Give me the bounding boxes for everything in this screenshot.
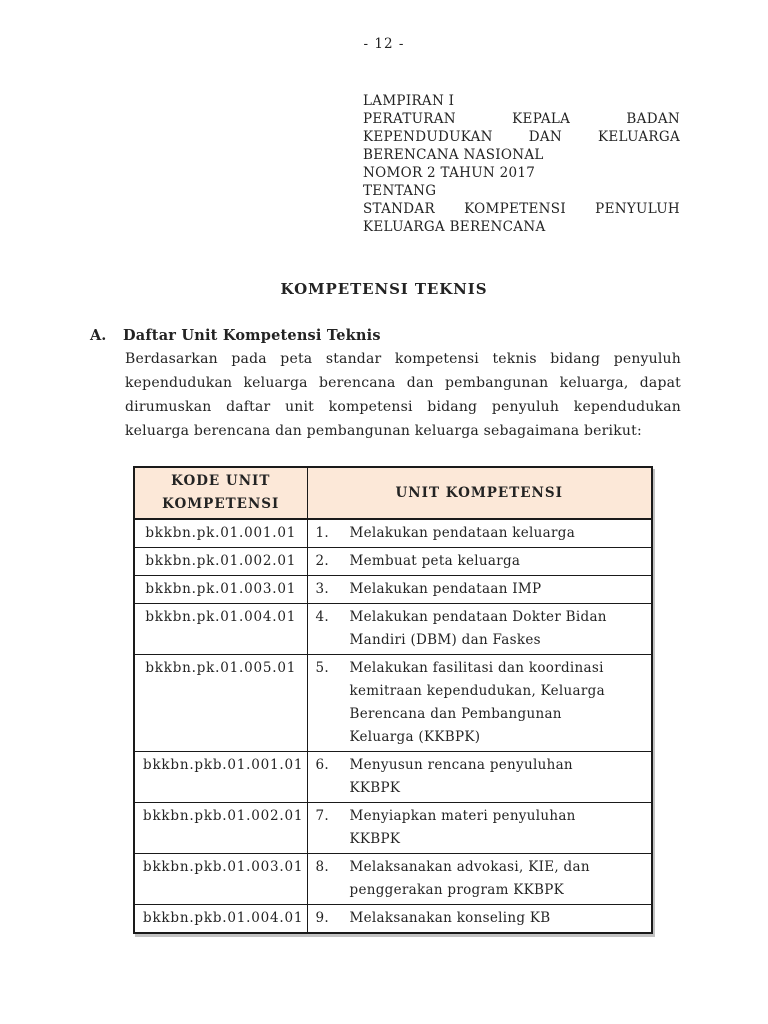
document-page: { "page": { "number_label": "- 12 -" }, … bbox=[0, 0, 768, 1024]
row-number: 4. bbox=[316, 606, 350, 629]
unit-line: KKBPK bbox=[350, 777, 644, 800]
unit-cell: 2. Membuat peta keluarga bbox=[307, 548, 652, 576]
kode-cell: bkkbn.pk.01.005.01 bbox=[134, 655, 307, 752]
lampiran-line: LAMPIRAN I bbox=[363, 92, 680, 110]
unit-cell: 9. Melaksanakan konseling KB bbox=[307, 905, 652, 934]
table-row: bkkbn.pkb.01.001.01 6. Menyusun rencana … bbox=[134, 752, 652, 803]
col-header-kode-unit: KODE UNIT KOMPETENSI bbox=[134, 467, 307, 519]
kode-cell: bkkbn.pk.01.004.01 bbox=[134, 604, 307, 655]
lampiran-line: BERENCANA NASIONAL bbox=[363, 146, 680, 164]
kode-cell: bkkbn.pkb.01.003.01 bbox=[134, 854, 307, 905]
col-header-unit-kompetensi: UNIT KOMPETENSI bbox=[307, 467, 652, 519]
row-number: 3. bbox=[316, 578, 350, 601]
lampiran-header-block: LAMPIRAN I PERATURAN KEPALA BADAN KEPEND… bbox=[363, 92, 680, 236]
row-number: 2. bbox=[316, 550, 350, 573]
kode-cell: bkkbn.pkb.01.002.01 bbox=[134, 803, 307, 854]
unit-line: Menyusun rencana penyuluhan bbox=[350, 754, 644, 777]
table-header-row: KODE UNIT KOMPETENSI UNIT KOMPETENSI bbox=[134, 467, 652, 519]
unit-cell: 4. Melakukan pendataan Dokter Bidan Mand… bbox=[307, 604, 652, 655]
unit-cell: 5. Melakukan fasilitasi dan koordinasi k… bbox=[307, 655, 652, 752]
kode-cell: bkkbn.pk.01.001.01 bbox=[134, 519, 307, 548]
paragraph-line: Berdasarkan pada peta standar kompetensi… bbox=[125, 347, 681, 371]
row-number: 5. bbox=[316, 657, 350, 680]
unit-cell: 1. Melakukan pendataan keluarga bbox=[307, 519, 652, 548]
unit-cell: 6. Menyusun rencana penyuluhan KKBPK bbox=[307, 752, 652, 803]
table-row: bkkbn.pkb.01.003.01 8. Melaksanakan advo… bbox=[134, 854, 652, 905]
row-number: 8. bbox=[316, 856, 350, 879]
unit-cell: 7. Menyiapkan materi penyuluhan KKBPK bbox=[307, 803, 652, 854]
unit-cell: 3. Melakukan pendataan IMP bbox=[307, 576, 652, 604]
unit-line: penggerakan program KKBPK bbox=[350, 879, 644, 902]
table-row: bkkbn.pk.01.002.01 2. Membuat peta kelua… bbox=[134, 548, 652, 576]
unit-line: Berencana dan Pembangunan bbox=[350, 703, 644, 726]
table-row: bkkbn.pkb.01.004.01 9. Melaksanakan kons… bbox=[134, 905, 652, 934]
unit-line: kemitraan kependudukan, Keluarga bbox=[350, 680, 644, 703]
table-row: bkkbn.pk.01.004.01 4. Melakukan pendataa… bbox=[134, 604, 652, 655]
kode-cell: bkkbn.pkb.01.001.01 bbox=[134, 752, 307, 803]
paragraph-line: kependudukan keluarga berencana dan pemb… bbox=[125, 371, 681, 395]
document-title: KOMPETENSI TEKNIS bbox=[0, 280, 768, 298]
unit-line: Melakukan pendataan Dokter Bidan bbox=[350, 606, 644, 629]
lampiran-line: PERATURAN KEPALA BADAN bbox=[363, 110, 680, 128]
unit-line: Mandiri (DBM) dan Faskes bbox=[350, 629, 644, 652]
page-number: - 12 - bbox=[0, 36, 768, 52]
paragraph-line: dirumuskan daftar unit kompetensi bidang… bbox=[125, 395, 681, 419]
unit-line: Menyiapkan materi penyuluhan bbox=[350, 805, 644, 828]
table-row: bkkbn.pk.01.001.01 1. Melakukan pendataa… bbox=[134, 519, 652, 548]
table-row: bkkbn.pkb.01.002.01 7. Menyiapkan materi… bbox=[134, 803, 652, 854]
lampiran-line: KEPENDUDUKAN DAN KELUARGA bbox=[363, 128, 680, 146]
table-row: bkkbn.pk.01.003.01 3. Melakukan pendataa… bbox=[134, 576, 652, 604]
kode-cell: bkkbn.pk.01.002.01 bbox=[134, 548, 307, 576]
intro-paragraph: Berdasarkan pada peta standar kompetensi… bbox=[125, 347, 681, 443]
row-number: 6. bbox=[316, 754, 350, 777]
kompetensi-table: KODE UNIT KOMPETENSI UNIT KOMPETENSI bkk… bbox=[133, 466, 653, 934]
row-number: 9. bbox=[316, 907, 350, 930]
unit-line: Melaksanakan advokasi, KIE, dan bbox=[350, 856, 644, 879]
kode-cell: bkkbn.pkb.01.004.01 bbox=[134, 905, 307, 934]
unit-cell: 8. Melaksanakan advokasi, KIE, dan pengg… bbox=[307, 854, 652, 905]
unit-line: KKBPK bbox=[350, 828, 644, 851]
lampiran-line: NOMOR 2 TAHUN 2017 bbox=[363, 164, 680, 182]
unit-line: Membuat peta keluarga bbox=[350, 550, 644, 573]
table-row: bkkbn.pk.01.005.01 5. Melakukan fasilita… bbox=[134, 655, 652, 752]
paragraph-line: keluarga berencana dan pembangunan kelua… bbox=[125, 423, 642, 439]
unit-line: Melakukan fasilitasi dan koordinasi bbox=[350, 657, 644, 680]
unit-line: Melaksanakan konseling KB bbox=[350, 907, 644, 930]
section-title: Daftar Unit Kompetensi Teknis bbox=[123, 327, 381, 344]
unit-line: Melakukan pendataan keluarga bbox=[350, 522, 644, 545]
row-number: 1. bbox=[316, 522, 350, 545]
lampiran-line: KELUARGA BERENCANA bbox=[363, 218, 680, 236]
kode-cell: bkkbn.pk.01.003.01 bbox=[134, 576, 307, 604]
row-number: 7. bbox=[316, 805, 350, 828]
unit-line: Melakukan pendataan IMP bbox=[350, 578, 644, 601]
unit-line: Keluarga (KKBPK) bbox=[350, 726, 644, 749]
section-letter: A. bbox=[90, 327, 106, 344]
lampiran-line: TENTANG bbox=[363, 182, 680, 200]
lampiran-line: STANDAR KOMPETENSI PENYULUH bbox=[363, 200, 680, 218]
